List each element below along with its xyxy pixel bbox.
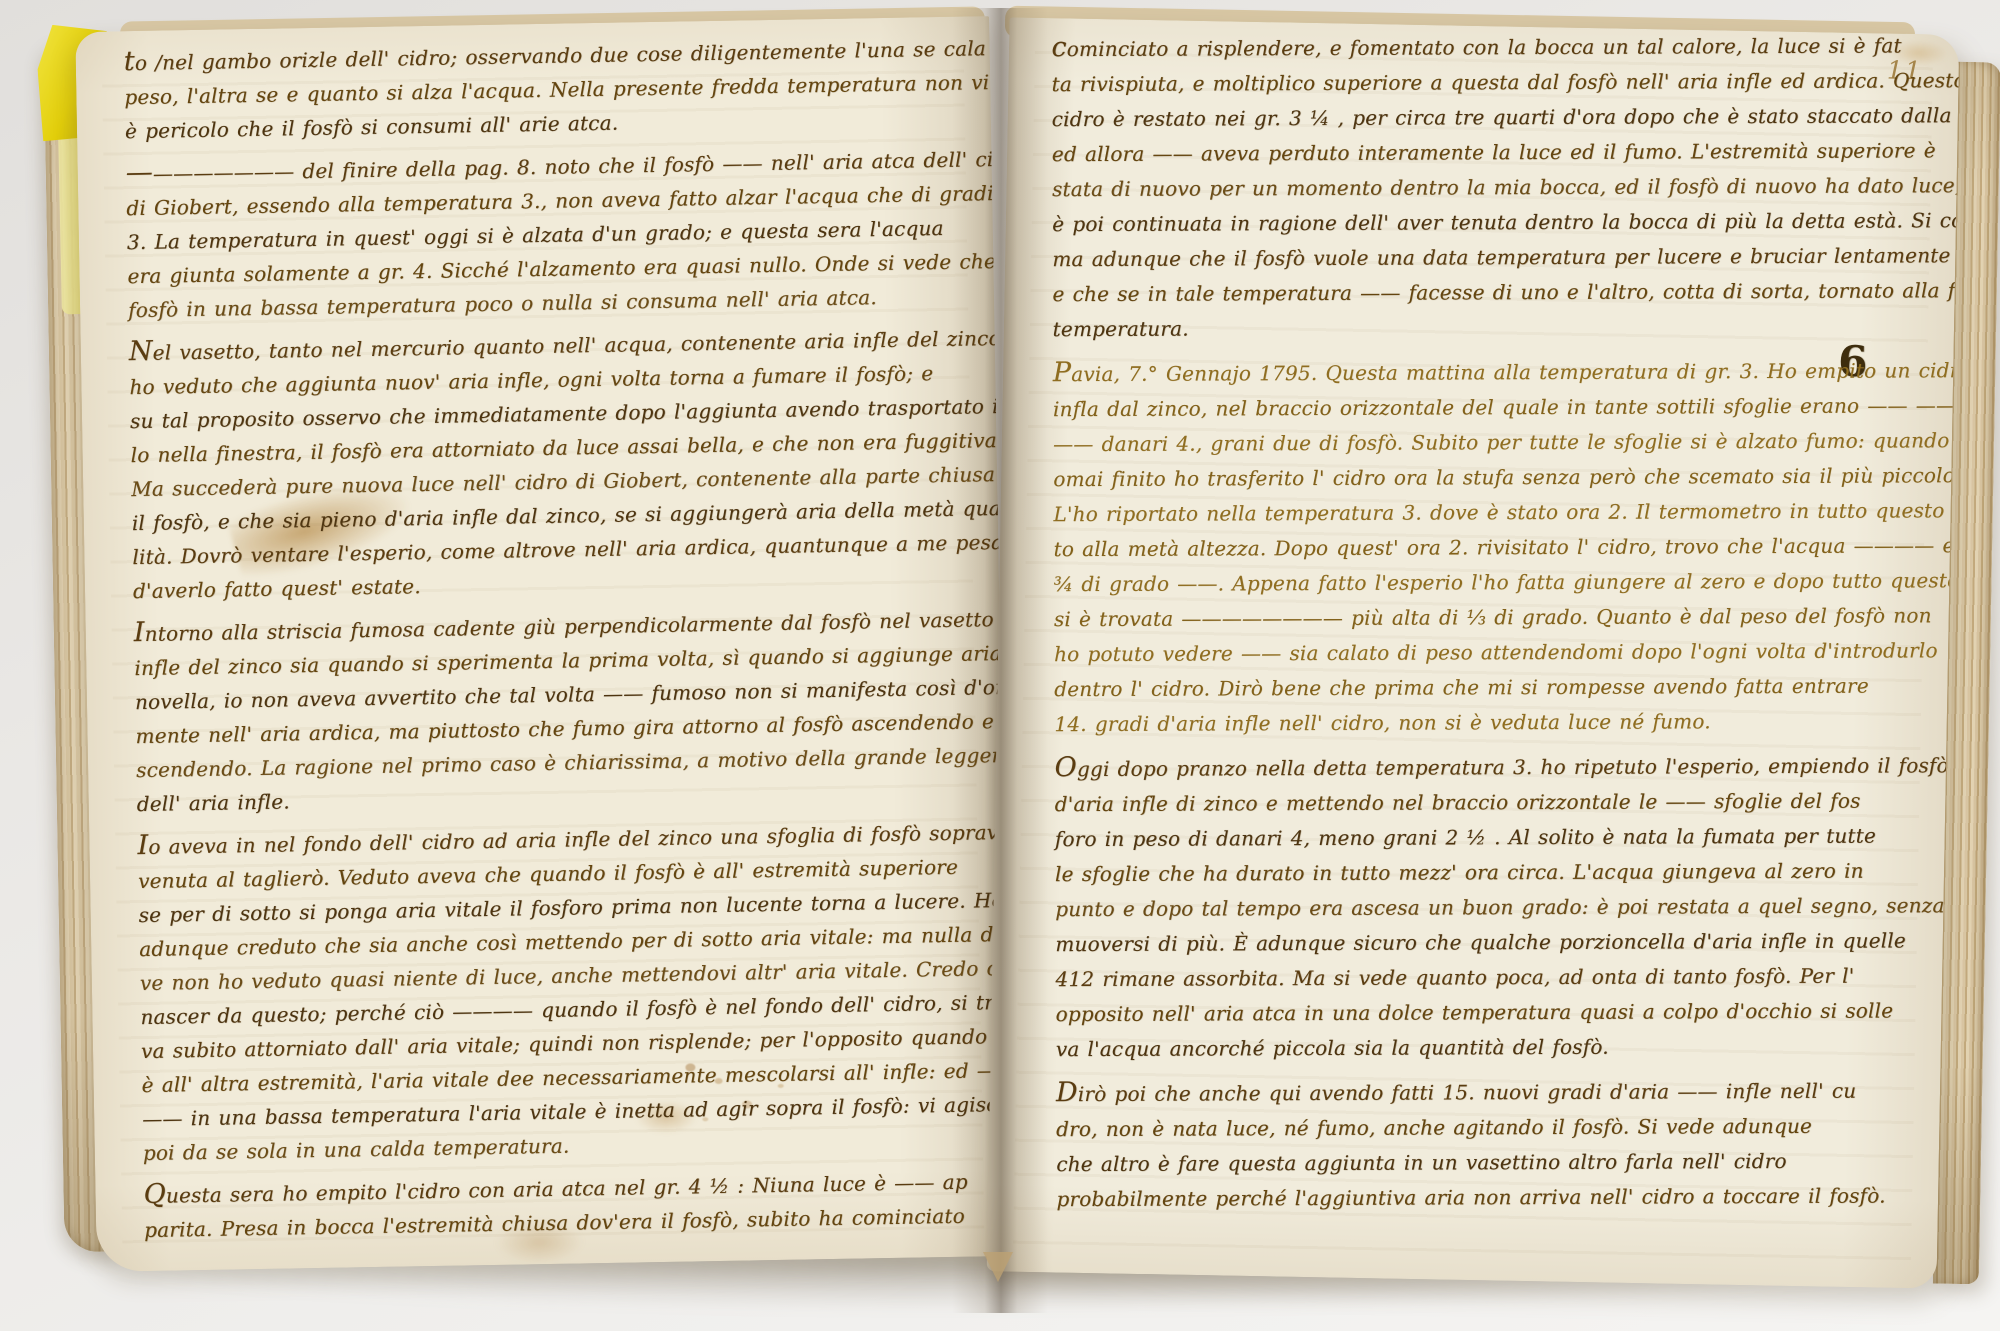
manuscript-line: infla dal zinco, nel braccio orizzontale… xyxy=(1053,388,1915,427)
manuscript-line: che altro è fare questa aggiunta in un v… xyxy=(1056,1143,1918,1182)
right-page: 11 6 cominciato a risplendere, e fomenta… xyxy=(987,17,1960,1288)
left-page-text: to /nel gambo orizle dell' cidro; osserv… xyxy=(123,30,1004,1255)
paragraph: Pavia, 7.° Gennajo 1795. Questa mattina … xyxy=(1053,351,1917,742)
manuscript-line: temperatura. xyxy=(1053,308,1915,347)
manuscript-line: omai finito ho trasferito l' cidro ora l… xyxy=(1053,458,1915,497)
manuscript-line: punto e dopo tal tempo era ascesa un buo… xyxy=(1055,888,1917,927)
manuscript-line: muoversi di più. È adunque sicuro che qu… xyxy=(1055,923,1917,962)
photo-background: to /nel gambo orizle dell' cidro; osserv… xyxy=(0,0,2000,1331)
manuscript-line: ta rivispiuta, e moltiplico superiore a … xyxy=(1052,63,1914,102)
paragraph: Questa sera ho empito l'cidro con aria a… xyxy=(143,1163,1004,1247)
manuscript-line: 14. gradi d'aria infle nell' cidro, non … xyxy=(1054,703,1916,742)
left-page: to /nel gambo orizle dell' cidro; osserv… xyxy=(75,16,1011,1272)
manuscript-line: opposito nell' aria atca in una dolce te… xyxy=(1056,993,1918,1032)
manuscript-line: 412 rimane assorbita. Ma si vede quanto … xyxy=(1055,958,1917,997)
manuscript-line: Pavia, 7.° Gennajo 1795. Questa mattina … xyxy=(1053,351,1915,392)
manuscript-line: le sfoglie che ha durato in tutto mezz' … xyxy=(1055,853,1917,892)
paragraph: Dirò poi che anche qui avendo fatti 15. … xyxy=(1056,1071,1919,1217)
manuscript-line: foro in peso di danari 4, meno grani 2 ½… xyxy=(1055,818,1917,857)
manuscript-line: ¾ di grado ——. Appena fatto l'esperio l'… xyxy=(1054,563,1916,602)
paragraph: Nel vasetto, tanto nel mercurio quanto n… xyxy=(129,320,994,608)
manuscript-line: probabilmente perché l'aggiuntiva aria n… xyxy=(1056,1178,1918,1217)
manuscript-line: —— danari 4., grani due di fosfò. Subito… xyxy=(1053,423,1915,462)
paragraph: to /nel gambo orizle dell' cidro; osserv… xyxy=(123,30,985,148)
manuscript-line: e che se in tale temperatura —— facesse … xyxy=(1052,273,1914,312)
manuscript-line: cidro è restato nei gr. 3 ¼ , per circa … xyxy=(1052,98,1914,137)
manuscript-line: ma adunque che il fosfò vuole una data t… xyxy=(1052,238,1914,277)
manuscript-line: stata di nuovo per un momento dentro la … xyxy=(1052,168,1914,207)
paragraph: Io aveva in nel fondo dell' cidro ad ari… xyxy=(137,814,1003,1170)
paragraph: ———————— del finire della pag. 8. noto c… xyxy=(125,141,988,327)
manuscript-line: va l'acqua ancorché piccola sia la quant… xyxy=(1056,1028,1918,1067)
manuscript-line: cominciato a risplendere, e fomentato co… xyxy=(1051,26,1913,67)
manuscript-line: dro, non è nata luce, né fumo, anche agi… xyxy=(1056,1108,1918,1147)
manuscript-line: d'aria infle di zinco e mettendo nel bra… xyxy=(1055,783,1917,822)
manuscript-line: L'ho riportato nella temperatura 3. dove… xyxy=(1053,493,1915,532)
manuscript-line: Oggi dopo pranzo nella detta temperatura… xyxy=(1054,746,1916,787)
paragraph: cominciato a risplendere, e fomentato co… xyxy=(1051,26,1914,347)
open-notebook: to /nel gambo orizle dell' cidro; osserv… xyxy=(0,0,2000,1331)
manuscript-line: dentro l' cidro. Dirò bene che prima che… xyxy=(1054,668,1916,707)
paragraph: Oggi dopo pranzo nella detta temperatura… xyxy=(1054,746,1917,1067)
manuscript-line: si è trovata ———————— più alta di ⅓ di g… xyxy=(1054,598,1916,637)
manuscript-line: ho potuto vedere —— sia calato di peso a… xyxy=(1054,633,1916,672)
manuscript-line: ed allora —— aveva perduto interamente l… xyxy=(1052,133,1914,172)
right-page-text: cominciato a risplendere, e fomentato co… xyxy=(1051,26,1918,1225)
manuscript-line: è poi continuata in ragione dell' aver t… xyxy=(1052,203,1914,242)
paragraph: Intorno alla striscia fumosa cadente giù… xyxy=(133,601,996,821)
manuscript-line: Dirò poi che anche qui avendo fatti 15. … xyxy=(1056,1071,1918,1112)
manuscript-line: to alla metà altezza. Dopo quest' ora 2.… xyxy=(1054,528,1916,567)
